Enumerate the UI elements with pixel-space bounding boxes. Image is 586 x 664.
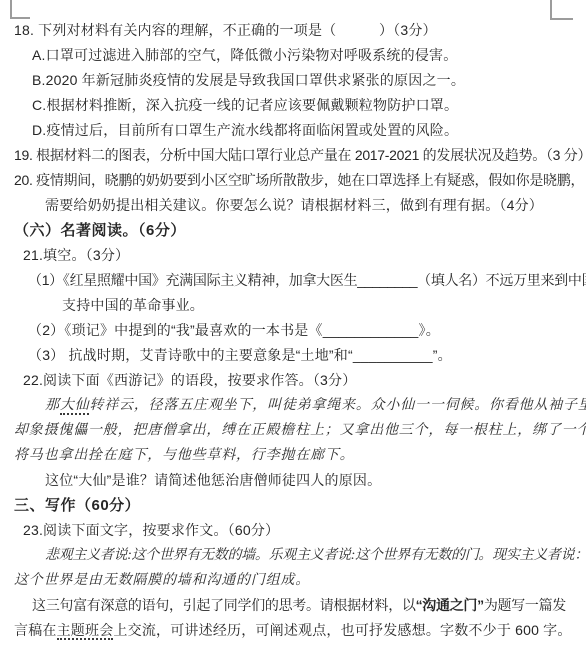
q21-blank1-line1: （1）《红星照耀中国》充满国际主义精神，加拿大医生________（填人名）不远… bbox=[14, 268, 576, 293]
q23-task-line1: 这三句富有深意的语句，引起了同学们的思考。请根据材料，以“沟通之门”为题写一篇发 bbox=[14, 593, 576, 618]
q21-blank2: （2）《琐记》中提到的“我”最喜欢的一本书是《____________》。 bbox=[14, 318, 576, 343]
task-emphasized-text: 主题班会 bbox=[57, 622, 114, 640]
exam-paper-page: 18. 下列对材料有关内容的理解，不正确的一项是（ ）（3分） A.口罩可过滤进… bbox=[0, 0, 586, 664]
q21-stem: 21.填空。（3分） bbox=[14, 243, 576, 268]
q21-blank3: （3） 抗战时期，艾青诗歌中的主要意象是“土地”和“__________”。 bbox=[14, 343, 576, 368]
q22-question: 这位“大仙”是谁？请简述他惩治唐僧师徒四人的原因。 bbox=[14, 468, 576, 493]
q22-stem: 22.阅读下面《西游记》的语段，按要求作答。（3分） bbox=[14, 368, 576, 393]
q23-stem: 23.阅读下面文字，按要求作文。（60分） bbox=[14, 518, 576, 543]
section-6-heading: （六）名著阅读。（6分） bbox=[14, 218, 576, 243]
passage-emphasized-text: 大仙 bbox=[60, 398, 90, 415]
q19-stem: 19. 根据材料二的图表，分析中国大陆口罩行业总产量在 2017-2021 的发… bbox=[14, 143, 576, 168]
q22-passage-line3: 将马也拿出拴在庭下，与他些草料，行李抛在廊下。 bbox=[14, 443, 576, 468]
q18-option-d: D.疫情过后，目前所有口罩生产流水线都将面临闲置或处置的风险。 bbox=[14, 118, 576, 143]
task-title-bold: “沟通之门” bbox=[416, 597, 484, 613]
exam-content: 18. 下列对材料有关内容的理解，不正确的一项是（ ）（3分） A.口罩可过滤进… bbox=[14, 18, 576, 643]
q18-stem: 18. 下列对材料有关内容的理解，不正确的一项是（ ）（3分） bbox=[14, 18, 576, 43]
section-3-heading: 三、写作（60分） bbox=[14, 493, 576, 518]
q18-option-a: A.口罩可过滤进入肺部的空气，降低微小污染物对呼吸系统的侵害。 bbox=[14, 43, 576, 68]
q23-task-line2: 言稿在主题班会上交流，可讲述经历，可阐述观点，也可抒发感想。字数不少于 600 … bbox=[14, 618, 576, 643]
task-text: 为题写一篇发 bbox=[484, 597, 566, 613]
task-text: 言稿在 bbox=[14, 622, 57, 638]
q22-passage-line2: 却象摄傀儡一般，把唐僧拿出，缚在正殿檐柱上；又拿出他三个，每一根柱上，绑了一个； bbox=[14, 418, 576, 443]
q20-stem-line1: 20. 疫情期间，晓鹏的奶奶要到小区空旷场所散散步，她在口罩选择上有疑惑，假如你… bbox=[14, 168, 576, 193]
q20-stem-line2: 需要给奶奶提出相关建议。你要怎么说？请根据材料三，做到有理有据。（4分） bbox=[14, 193, 576, 218]
task-text: 上交流，可讲述经历，可阐述观点，也可抒发感想。字数不少于 600 字。 bbox=[113, 622, 571, 638]
task-text: 这三句富有深意的语句，引起了同学们的思考。请根据材料，以 bbox=[32, 597, 416, 613]
q22-passage-line1: 那大仙转祥云，径落五庄观坐下，叫徒弟拿绳来。众小仙一一伺候。你看他从袖子里， bbox=[14, 393, 576, 418]
q23-quote-line1: 悲观主义者说:这个世界有无数的墙。乐观主义者说:这个世界有无数的门。现实主义者说… bbox=[14, 543, 576, 568]
passage-text: 转祥云，径落五庄观坐下，叫徒弟拿绳来。众小仙一一伺候。你看他从袖子里， bbox=[89, 398, 586, 413]
q23-quote-line2: 这个世界是由无数隔膜的墙和沟通的门组成。 bbox=[14, 568, 576, 593]
q21-blank1-line2: 支持中国的革命事业。 bbox=[14, 293, 576, 318]
q18-option-c: C.根据材料推断，深入抗疫一线的记者应该要佩戴颗粒物防护口罩。 bbox=[14, 93, 576, 118]
passage-text: 那 bbox=[45, 398, 60, 413]
q18-option-b: B.2020 年新冠肺炎疫情的发展是导致我国口罩供求紧张的原因之一。 bbox=[14, 68, 576, 93]
